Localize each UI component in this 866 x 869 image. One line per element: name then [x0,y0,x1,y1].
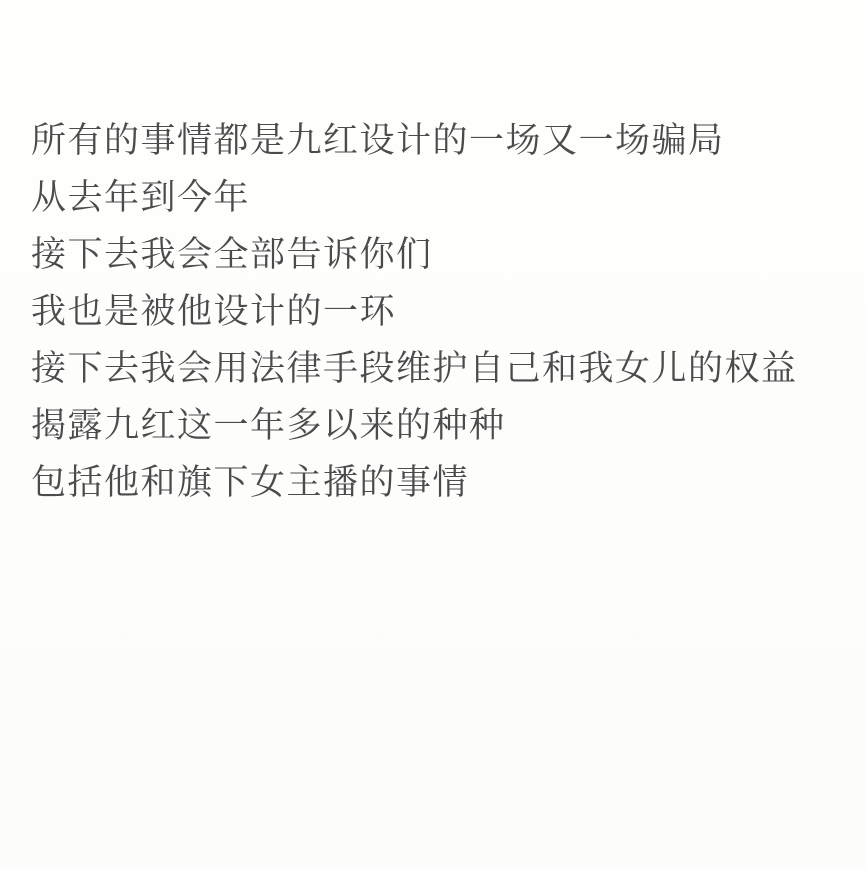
text-line: 揭露九红这一年多以来的种种 [31,397,846,454]
text-line: 所有的事情都是九红设计的一场又一场骗局 [31,112,846,169]
text-line: 从去年到今年 [31,169,846,226]
text-line: 我也是被他设计的一环 [31,283,846,340]
statement-text-block: 所有的事情都是九红设计的一场又一场骗局 从去年到今年 接下去我会全部告诉你们 我… [31,112,846,511]
text-line: 接下去我会用法律手段维护自己和我女儿的权益 [31,340,846,397]
text-line: 包括他和旗下女主播的事情 [31,454,846,511]
screenshot-page: 所有的事情都是九红设计的一场又一场骗局 从去年到今年 接下去我会全部告诉你们 我… [0,0,866,869]
text-line: 接下去我会全部告诉你们 [31,226,846,283]
